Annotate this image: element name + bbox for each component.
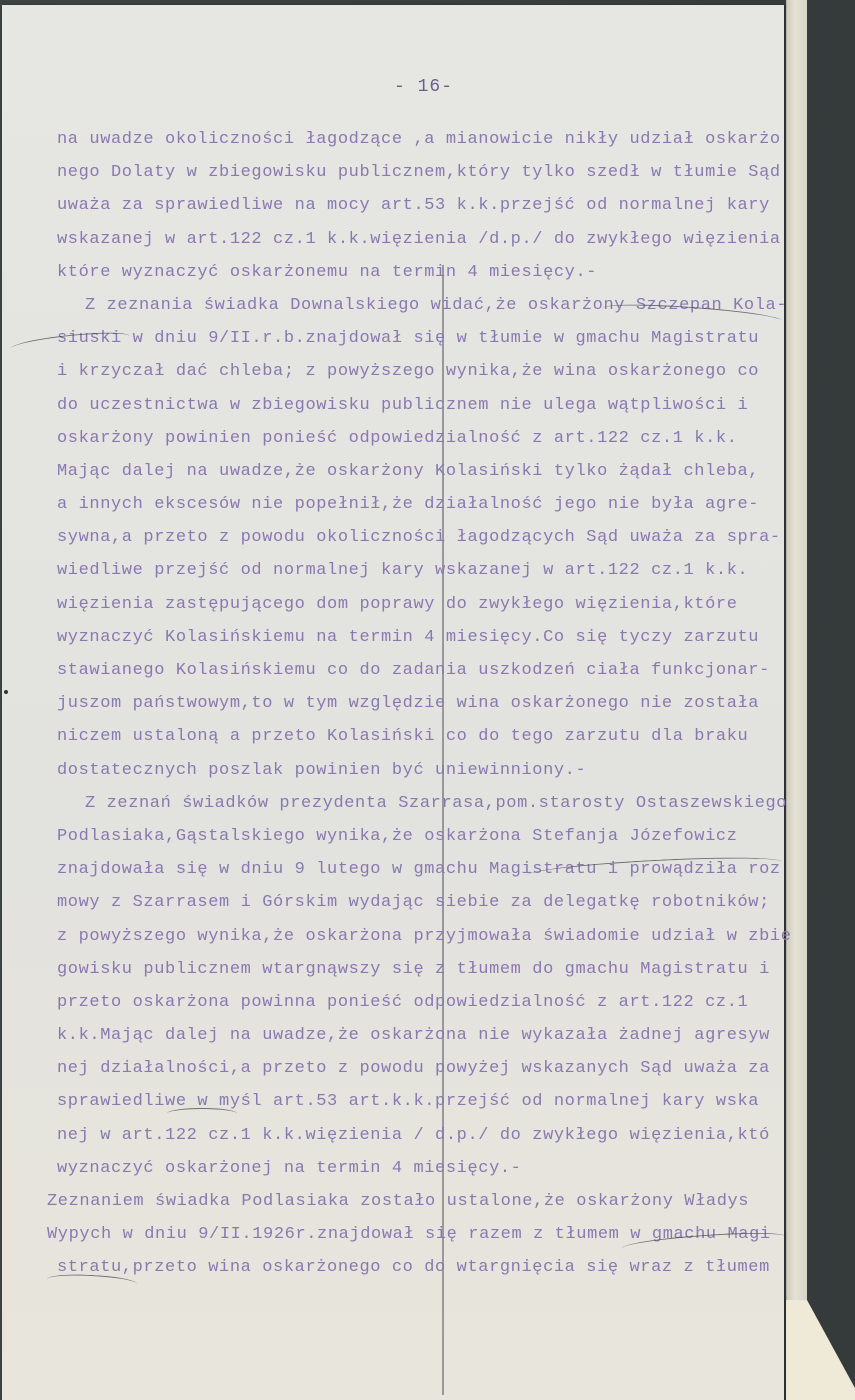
pencil-check-mark bbox=[167, 1108, 237, 1119]
text-line: wskazanej w art.122 cz.1 k.k.więzienia /… bbox=[57, 223, 797, 256]
text-line: wyznaczyć Kolasińskiemu na termin 4 mies… bbox=[57, 621, 797, 654]
text-line: uważa za sprawiedliwe na mocy art.53 k.k… bbox=[57, 189, 797, 222]
text-line: przeto oskarżona powinna ponieść odpowie… bbox=[57, 986, 797, 1019]
text-line: mowy z Szarrasem i Górskim wydając siebi… bbox=[57, 886, 797, 919]
text-line: więzienia zastępującego dom poprawy do z… bbox=[57, 588, 797, 621]
text-line: nej w art.122 cz.1 k.k.więzienia / d.p./… bbox=[57, 1119, 797, 1152]
text-line: do uczestnictwa w zbiegowisku publicznem… bbox=[57, 389, 797, 422]
text-line: a innych ekscesów nie popełnił,że działa… bbox=[57, 488, 797, 521]
text-line: stawianego Kolasińskiemu co do zadania u… bbox=[57, 654, 797, 687]
margin-dot bbox=[4, 690, 8, 694]
text-line: i krzyczał dać chleba; z powyższego wyni… bbox=[57, 355, 797, 388]
text-line: Podlasiaka,Gąstalskiego wynika,że oskarż… bbox=[57, 820, 797, 853]
text-line: nego Dolaty w zbiegowisku publicznem,któ… bbox=[57, 156, 797, 189]
text-line: siuski w dniu 9/II.r.b.znajdował się w t… bbox=[57, 322, 797, 355]
page-number: - 16- bbox=[394, 77, 453, 97]
text-line: wyznaczyć oskarżonej na termin 4 miesięc… bbox=[57, 1152, 797, 1185]
text-line: stratu,przeto wina oskarżonego co do wta… bbox=[57, 1251, 797, 1284]
text-line: dostatecznych poszlak powinien być uniew… bbox=[57, 754, 797, 787]
text-line: gowisku publicznem wtargnąwszy się z tłu… bbox=[57, 953, 797, 986]
text-line: nej działalności,a przeto z powodu powyż… bbox=[57, 1052, 797, 1085]
text-line: wiedliwe przejść od normalnej kary wskaz… bbox=[57, 554, 797, 587]
text-line: Z zeznań świadków prezydenta Szarrasa,po… bbox=[57, 787, 797, 820]
text-line: z powyższego wynika,że oskarżona przyjmo… bbox=[57, 920, 797, 953]
text-line: które wyznaczyć oskarżonemu na termin 4 … bbox=[57, 256, 797, 289]
text-line: oskarżony powinien ponieść odpowiedzialn… bbox=[57, 422, 797, 455]
text-line: k.k.Mając dalej na uwadze,że oskarżona n… bbox=[57, 1019, 797, 1052]
typewritten-text: na uwadze okoliczności łagodzące ,a mian… bbox=[57, 123, 797, 1285]
text-line: na uwadze okoliczności łagodzące ,a mian… bbox=[57, 123, 797, 156]
text-line: Mając dalej na uwadze,że oskarżony Kolas… bbox=[57, 455, 797, 488]
text-line: sywna,a przeto z powodu okoliczności łag… bbox=[57, 521, 797, 554]
text-line: juszom państwowym,to w tym względzie win… bbox=[57, 687, 797, 720]
document-page: - 16- na uwadze okoliczności łagodzące ,… bbox=[2, 5, 784, 1400]
text-line: niczem ustaloną a przeto Kolasiński co d… bbox=[57, 720, 797, 753]
text-line: Zeznaniem świadka Podlasiaka zostało ust… bbox=[47, 1185, 797, 1218]
